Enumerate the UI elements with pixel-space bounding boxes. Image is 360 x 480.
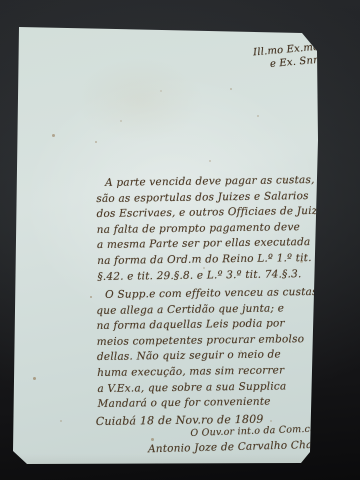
foxing-spot <box>230 88 232 90</box>
foxing-spot <box>60 420 62 422</box>
foxing-spot <box>52 134 55 137</box>
foxing-spot <box>300 260 303 263</box>
foxing-spot <box>257 115 259 117</box>
body-line: O Supp.e com effeito venceu as custas, <box>96 285 321 304</box>
manuscript-paper: Ill.mo Ex.mo e Ex. Snr. A parte vencida … <box>0 0 360 480</box>
foxing-spot <box>203 267 205 269</box>
letter-paragraph-1: A parte vencida deve pagar as custas, qu… <box>96 173 340 286</box>
foxing-spot <box>270 420 272 422</box>
foxing-spot <box>90 296 92 298</box>
foxing-spot <box>95 141 97 143</box>
foxing-spot <box>151 438 154 441</box>
foxing-spot <box>160 90 162 92</box>
body-line: §.42. e tit. 29.§.8. e L.º 3.º tit. 74.§… <box>97 266 340 285</box>
letter-paragraph-2: O Supp.e com effeito venceu as custas, q… <box>96 285 323 429</box>
letter-salutation: Ill.mo Ex.mo e Ex. Snr. <box>219 42 321 76</box>
foxing-spot <box>283 178 286 181</box>
foxing-spot <box>240 350 242 352</box>
foxing-spot <box>209 160 211 162</box>
manuscript-photo: Ill.mo Ex.mo e Ex. Snr. A parte vencida … <box>0 0 360 480</box>
foxing-spot <box>120 120 122 122</box>
foxing-spot <box>33 377 36 380</box>
signature: Antonio Joze de Carvalho Chaves <box>148 439 324 456</box>
